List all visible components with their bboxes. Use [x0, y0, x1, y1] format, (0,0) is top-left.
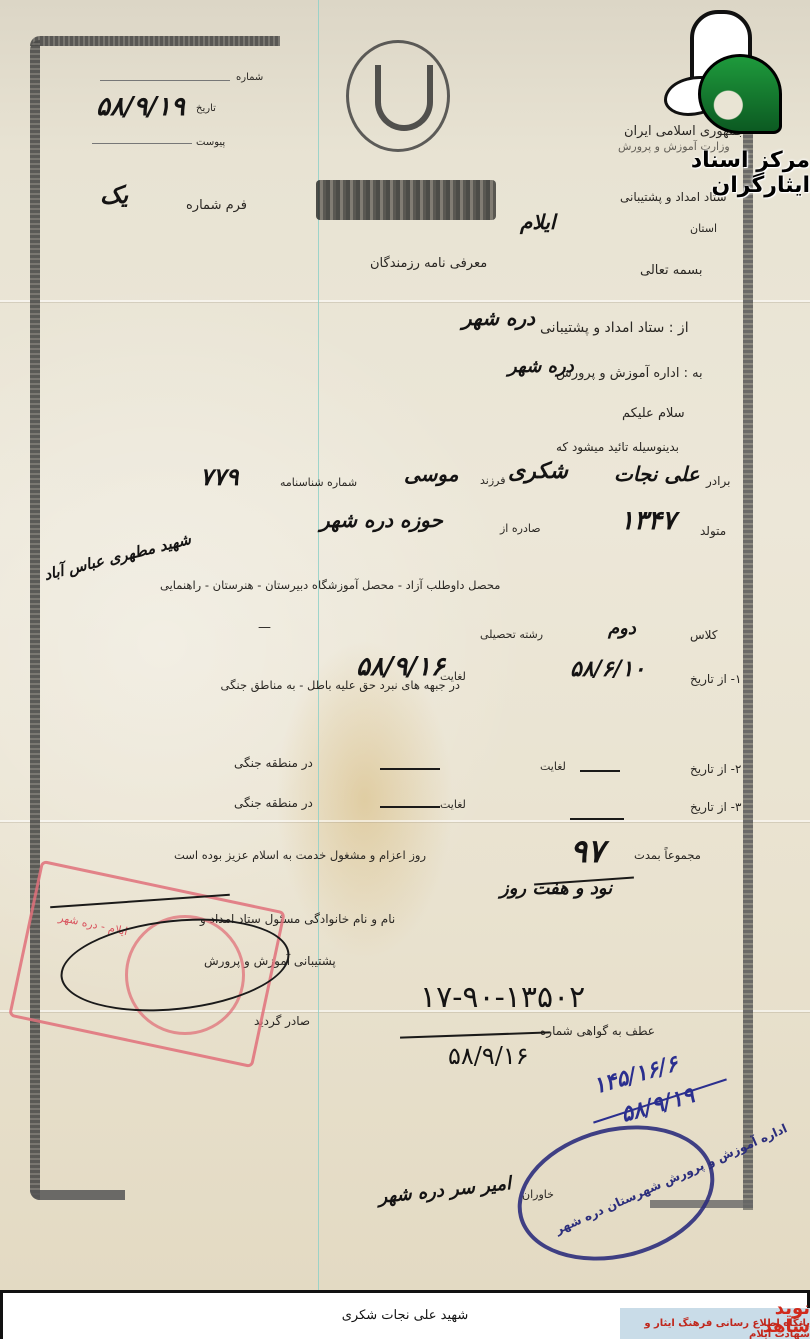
total-days: ۹۷ — [570, 832, 604, 870]
service-row-2-suffix: در منطقه جنگی — [234, 756, 313, 770]
fold-line — [0, 820, 810, 822]
born-value: ۱۳۴۷ — [620, 506, 676, 536]
class-value: دوم — [608, 618, 636, 639]
province-label: استان — [690, 222, 717, 235]
service-row-2-to-label: لغایت — [540, 760, 566, 773]
intro-text: بدینوسیله تائید میشود که — [556, 440, 679, 454]
form-number-value: یک — [100, 180, 128, 209]
total-suffix: روز اعزام و مشغول خدمت به اسلام عزیز بود… — [174, 848, 426, 862]
class-label: کلاس — [690, 628, 718, 642]
invocation: بسمه تعالی — [640, 263, 702, 278]
letter-title: معرفی نامه رزمندگان — [370, 256, 487, 271]
scanned-document: شماره تاریخ ۵۸/۹/۱۹ پیوست فرم شماره یک ج… — [0, 0, 810, 1290]
from-value: دره شهر — [462, 306, 535, 330]
province-value: ایلام — [520, 210, 555, 234]
greeting: سلام علیکم — [622, 406, 685, 421]
brand-subtitle: پایگاه اطلاع رسانی فرهنگ ایثار و شهادت ا… — [622, 1318, 810, 1339]
issued-label: صادره از — [500, 522, 541, 535]
to-label: به : اداره آموزش و پرورش — [556, 366, 703, 381]
issued-value: حوزه دره شهر — [320, 508, 443, 532]
from-label: از : ستاد امداد و پشتیبانی — [540, 320, 689, 336]
number-label: شماره — [236, 72, 263, 83]
basmala-calligraphy — [316, 180, 496, 220]
service-row-1-suffix: در جبهه های نبرد حق علیه باطل - به مناطق… — [210, 658, 460, 712]
date-label: تاریخ — [196, 103, 216, 114]
service-row-1-from: ۵۸/۶/۱۰ — [570, 656, 645, 682]
attachment-label: پیوست — [196, 137, 225, 148]
father-value: موسی — [404, 462, 458, 486]
watermark-org-name: مرکز اسناد ایثارگران — [604, 148, 810, 198]
emblem-seal-icon — [346, 40, 450, 152]
child-of-label: فرزند — [480, 474, 505, 487]
service-row-2-label: ۲- از تاریخ — [690, 762, 741, 776]
study-label: محصل داوطلب آزاد - محصل آموزشگاه دبیرستا… — [160, 578, 500, 592]
form-number-label: فرم شماره — [186, 198, 247, 213]
fold-line — [0, 300, 810, 302]
leaf-icon — [698, 54, 782, 134]
school-value: شهید مطهری عباس آباد — [42, 530, 193, 584]
brother-value: علی نجات — [614, 462, 700, 486]
frame-border — [743, 120, 753, 1210]
service-row-3-label: ۳- از تاریخ — [690, 800, 741, 814]
born-label: متولد — [700, 524, 726, 538]
frame-border — [30, 36, 280, 46]
date-value: ۵۸/۹/۱۹ — [96, 92, 185, 122]
service-row-3-suffix: در منطقه جنگی — [234, 796, 313, 810]
reference-date: ۵۸/۹/۱۶ — [448, 1042, 529, 1070]
id-value: ۷۷۹ — [200, 462, 239, 491]
reference-number: ۱۷-۹۰-۱۳۵۰۲ — [420, 980, 585, 1015]
frame-border — [30, 40, 40, 1200]
watermark-logo — [650, 6, 800, 156]
brother-label: برادر — [706, 474, 730, 488]
field-label: رشته تحصیلی — [480, 628, 543, 641]
surname-value: شکری — [508, 458, 568, 484]
service-row-3-to-label: لغایت — [440, 798, 466, 811]
to-value: دره شهر — [508, 356, 574, 377]
reference-label: عطف به گواهی شماره — [540, 1024, 655, 1038]
frame-border — [30, 1190, 125, 1200]
blue-stamp — [503, 1106, 729, 1281]
field-value: — — [258, 620, 272, 635]
id-label: شماره شناسنامه — [280, 476, 357, 489]
service-row-1-label: ۱- از تاریخ — [690, 672, 741, 686]
signature-value: امیر سر دره شهر — [377, 1173, 512, 1208]
total-prefix: مجموعاً بمدت — [634, 848, 701, 862]
